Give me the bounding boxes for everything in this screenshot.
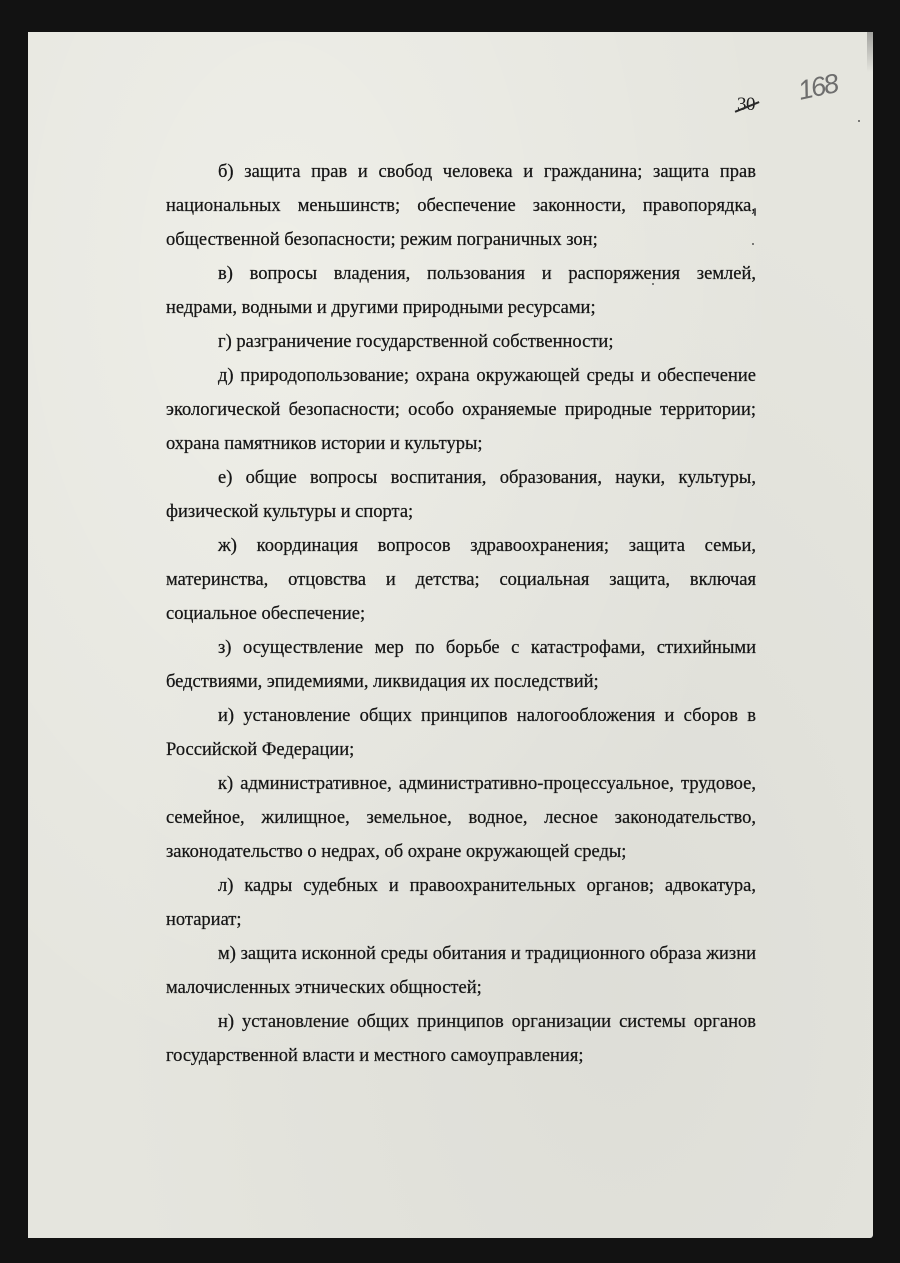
scan-speck xyxy=(652,283,654,285)
list-item-v: в) вопросы владения, пользования и распо… xyxy=(166,257,756,325)
list-item-n: н) установление общих принципов организа… xyxy=(166,1005,756,1073)
scanned-page: 30 168 б) защита прав и свобод человека … xyxy=(0,0,900,1263)
page-number: 30 xyxy=(737,94,755,116)
scan-speck xyxy=(754,208,756,216)
list-item-z: з) осуществление мер по борьбе с катастр… xyxy=(166,631,756,699)
list-item-l: л) кадры судебных и правоохранительных о… xyxy=(166,869,756,937)
list-item-k: к) административное, административно-про… xyxy=(166,767,756,869)
list-item-b: б) защита прав и свобод человека и гражд… xyxy=(166,155,756,257)
list-item-i: и) установление общих принципов налогооб… xyxy=(166,699,756,767)
list-item-e: е) общие вопросы воспитания, образования… xyxy=(166,461,756,529)
list-item-d: д) природопользование; охрана окружающей… xyxy=(166,359,756,461)
list-item-g: г) разграничение государственной собстве… xyxy=(166,325,756,359)
scan-speck xyxy=(858,120,860,122)
list-item-zh: ж) координация вопросов здравоохранения;… xyxy=(166,529,756,631)
document-body: б) защита прав и свобод человека и гражд… xyxy=(166,155,756,1073)
scan-speck xyxy=(752,243,754,245)
list-item-m: м) защита исконной среды обитания и трад… xyxy=(166,937,756,1005)
paper-edge-shadow xyxy=(867,32,873,72)
